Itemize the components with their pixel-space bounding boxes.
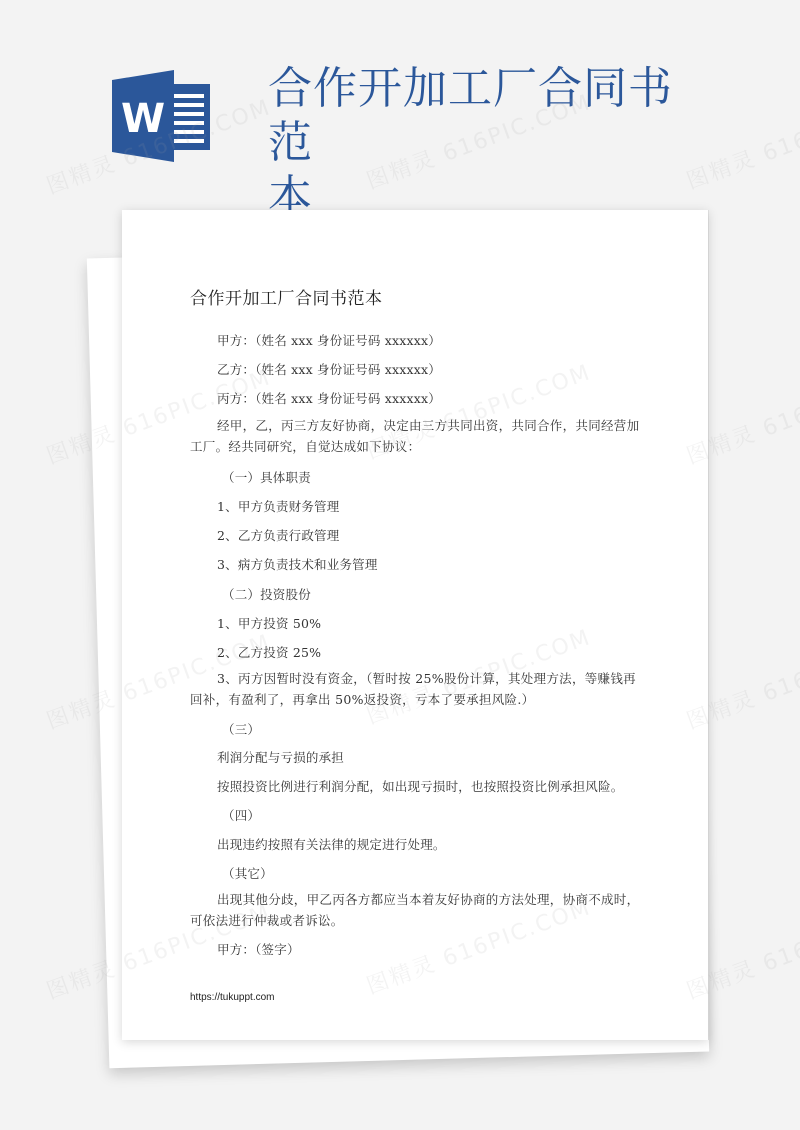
section1-item: 3、病方负责技术和业务管理	[217, 555, 378, 573]
header: W 合作开加工厂合同书范 本	[0, 0, 800, 200]
section2-item: 1、甲方投资 50%	[217, 614, 321, 632]
party-text: （姓名 xxx 身份证号码 xxxxxx）	[255, 362, 441, 377]
section1-item: 1、甲方负责财务管理	[217, 497, 339, 515]
section2-heading: （二）投资股份	[222, 585, 311, 603]
section1-heading: （一）具体职责	[222, 468, 311, 486]
section3-body: 按照投资比例进行利润分配，如出现亏损时，也按照投资比例承担风险。	[217, 777, 623, 795]
word-icon: W	[112, 70, 216, 162]
section3-subheading: 利润分配与亏损的承担	[217, 748, 344, 766]
section4-heading: （四）	[222, 806, 260, 824]
document-title: 合作开加工厂合同书范本	[190, 284, 383, 309]
section3-heading: （三）	[222, 720, 260, 738]
party-text: （姓名 xxx 身份证号码 xxxxxx）	[255, 333, 441, 348]
signature-line: 甲方：（签字）	[217, 940, 300, 958]
party-text: （姓名 xxx 身份证号码 xxxxxx）	[255, 391, 441, 406]
section2-item3: 3、丙方因暂时没有资金，（暂时按 25%股份计算，其处理方法，等赚钱再回补，有盈…	[190, 668, 642, 710]
section-other-body: 出现其他分歧，甲乙丙各方都应当本着友好协商的方法处理，协商不成时，可依法进行仲裁…	[190, 889, 642, 931]
intro-paragraph: 经甲，乙，丙三方友好协商，决定由三方共同出资，共同合作，共同经营加工厂。经共同研…	[190, 415, 642, 457]
party-jia: 甲方：（姓名 xxx 身份证号码 xxxxxx）	[217, 331, 441, 349]
party-bing: 丙方：（姓名 xxx 身份证号码 xxxxxx）	[217, 389, 441, 407]
party-yi: 乙方：（姓名 xxx 身份证号码 xxxxxx）	[217, 360, 441, 378]
section1-item: 2、乙方负责行政管理	[217, 526, 339, 544]
section2-item: 2、乙方投资 25%	[217, 643, 321, 661]
party-label: 甲方：	[217, 333, 255, 348]
party-label: 丙方：	[217, 391, 255, 406]
section-other-heading: （其它）	[222, 864, 273, 882]
svg-text:W: W	[121, 96, 165, 142]
party-label: 乙方：	[217, 362, 255, 377]
header-title: 合作开加工厂合同书范 本	[268, 62, 708, 224]
section4-body: 出现违约按照有关法律的规定进行处理。	[217, 835, 446, 853]
header-title-line1: 合作开加工厂合同书范	[268, 62, 708, 170]
footer-url: https://tukuppt.com	[190, 992, 275, 1003]
